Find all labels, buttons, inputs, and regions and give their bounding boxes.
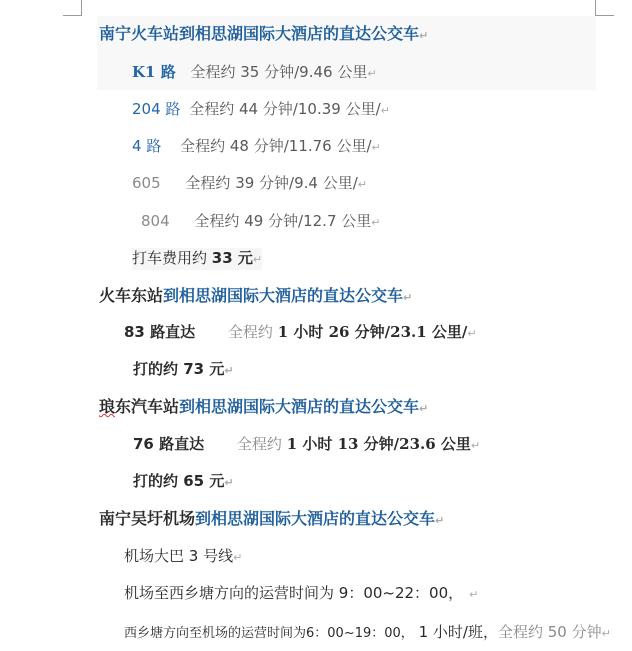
heading-origin: 火车东站 (99, 286, 163, 305)
paragraph-mark-icon: ↵ (233, 551, 242, 564)
heading-origin-rest: 东汽车站 (115, 397, 179, 416)
route-name: 83 路直达 (124, 323, 195, 341)
taxi-label: 打的约 (133, 472, 178, 490)
paragraph-mark-icon: ↵ (358, 178, 367, 191)
route-row: 4 路 全程约 48 分钟/11.76 公里/↵ (132, 136, 381, 158)
taxi-amount: 73 元 (183, 360, 224, 378)
section-heading-langdong-station: 琅东汽车站到相思湖国际大酒店的直达公交车↵ (99, 397, 428, 419)
route-detail: 全程约 39 分钟/9.4 公里/ (185, 174, 357, 192)
heading-origin: 南宁火车站 (99, 24, 179, 43)
route-name: 76 路直达 (133, 435, 204, 453)
schedule-airport-to-xixiangtang: 机场至西乡塘方向的运营时间为 9：00~22：00，↵ (124, 583, 478, 605)
page-corner-mark-left (63, 0, 82, 16)
schedule-total: 全程约 50 分钟 (498, 623, 602, 641)
spellcheck-underline: 琅 (99, 397, 115, 416)
route-detail: 全程约 49 分钟/12.7 公里 (194, 212, 371, 230)
paragraph-mark-icon: ↵ (224, 476, 233, 489)
route-name: 605 (132, 174, 161, 192)
paragraph-mark-icon: ↵ (419, 29, 428, 42)
paragraph-mark-icon: ↵ (371, 216, 380, 229)
heading-origin: 南宁吴圩机场 (99, 509, 195, 528)
taxi-amount: 65 元 (183, 472, 224, 490)
route-row: 76 路直达 全程约 1 小时 13 分钟/23.6 公里↵ (133, 434, 480, 456)
route-name: 804 (141, 212, 170, 230)
paragraph-mark-icon: ↵ (467, 327, 476, 340)
schedule-frequency: 1 小时/班， (419, 623, 498, 641)
taxi-amount: 33 元 (212, 249, 253, 267)
paragraph-mark-icon: ↵ (602, 627, 611, 640)
bus-line-name: 机场大巴 3 号线 (124, 547, 233, 565)
route-name: K1 路 (132, 63, 176, 81)
route-detail-prefix: 全程约 (237, 435, 282, 453)
taxi-label: 打车费用约 (132, 249, 207, 267)
paragraph-mark-icon: ↵ (224, 364, 233, 377)
schedule-xixiangtang-to-airport: 西乡塘方向至机场的运营时间为6：00~19：00， 1 小时/班，全程约 50 … (124, 622, 611, 644)
page-corner-mark-right (595, 0, 614, 16)
route-name: 4 路 (132, 137, 161, 155)
paragraph-mark-icon: ↵ (403, 291, 412, 304)
schedule-text: 机场至西乡塘方向的运营时间为 9：00~22：00， (124, 584, 463, 602)
route-detail: 全程约 35 分钟/9.46 公里 (190, 63, 367, 81)
heading-destination: 到相思湖国际大酒店的直达公交车 (179, 24, 419, 43)
taxi-fare: 打的约 65 元↵ (133, 471, 234, 493)
taxi-fare: 打的约 73 元↵ (133, 359, 234, 381)
route-row: 83 路直达 全程约 1 小时 26 分钟/23.1 公里/↵ (124, 322, 477, 344)
paragraph-mark-icon: ↵ (419, 402, 428, 415)
paragraph-mark-icon: ↵ (253, 253, 262, 266)
airport-bus-line: 机场大巴 3 号线↵ (124, 546, 242, 568)
schedule-prefix: 西乡塘方向至机场的运营时间为 (124, 626, 306, 641)
section-heading-nanning-station: 南宁火车站到相思湖国际大酒店的直达公交车↵ (99, 24, 428, 46)
route-detail: 1 小时 13 分钟/23.6 公里 (287, 435, 471, 453)
route-row: 605 全程约 39 分钟/9.4 公里/↵ (132, 173, 367, 195)
route-detail: 全程约 44 分钟/10.39 公里/ (189, 100, 380, 118)
heading-destination: 到相思湖国际大酒店的直达公交车 (195, 509, 435, 528)
route-name: 204 路 (132, 100, 180, 118)
route-detail: 1 小时 26 分钟/23.1 公里/ (278, 323, 468, 341)
section-heading-airport: 南宁吴圩机场到相思湖国际大酒店的直达公交车↵ (99, 509, 444, 531)
route-row: 804 全程约 49 分钟/12.7 公里↵ (141, 211, 381, 233)
route-detail-prefix: 全程约 (228, 323, 273, 341)
paragraph-mark-icon: ↵ (372, 141, 381, 154)
paragraph-mark-icon: ↵ (435, 514, 444, 527)
section-heading-east-station: 火车东站到相思湖国际大酒店的直达公交车↵ (99, 286, 412, 308)
route-detail: 全程约 48 分钟/11.76 公里/ (180, 137, 371, 155)
taxi-label: 打的约 (133, 360, 178, 378)
heading-destination: 到相思湖国际大酒店的直达公交车 (163, 286, 403, 305)
heading-destination: 到相思湖国际大酒店的直达公交车 (179, 397, 419, 416)
paragraph-mark-icon: ↵ (471, 439, 480, 452)
route-row: K1 路 全程约 35 分钟/9.46 公里↵ (132, 62, 377, 84)
paragraph-mark-icon: ↵ (367, 67, 376, 80)
route-row: 204 路 全程约 44 分钟/10.39 公里/↵ (132, 99, 390, 121)
heading-origin: 琅 (99, 397, 115, 416)
taxi-fare: 打车费用约 33 元↵ (132, 248, 262, 270)
paragraph-mark-icon: ↵ (381, 104, 390, 117)
paragraph-mark-icon: ↵ (469, 588, 478, 601)
schedule-time: 6：00~19：00， (306, 626, 414, 641)
